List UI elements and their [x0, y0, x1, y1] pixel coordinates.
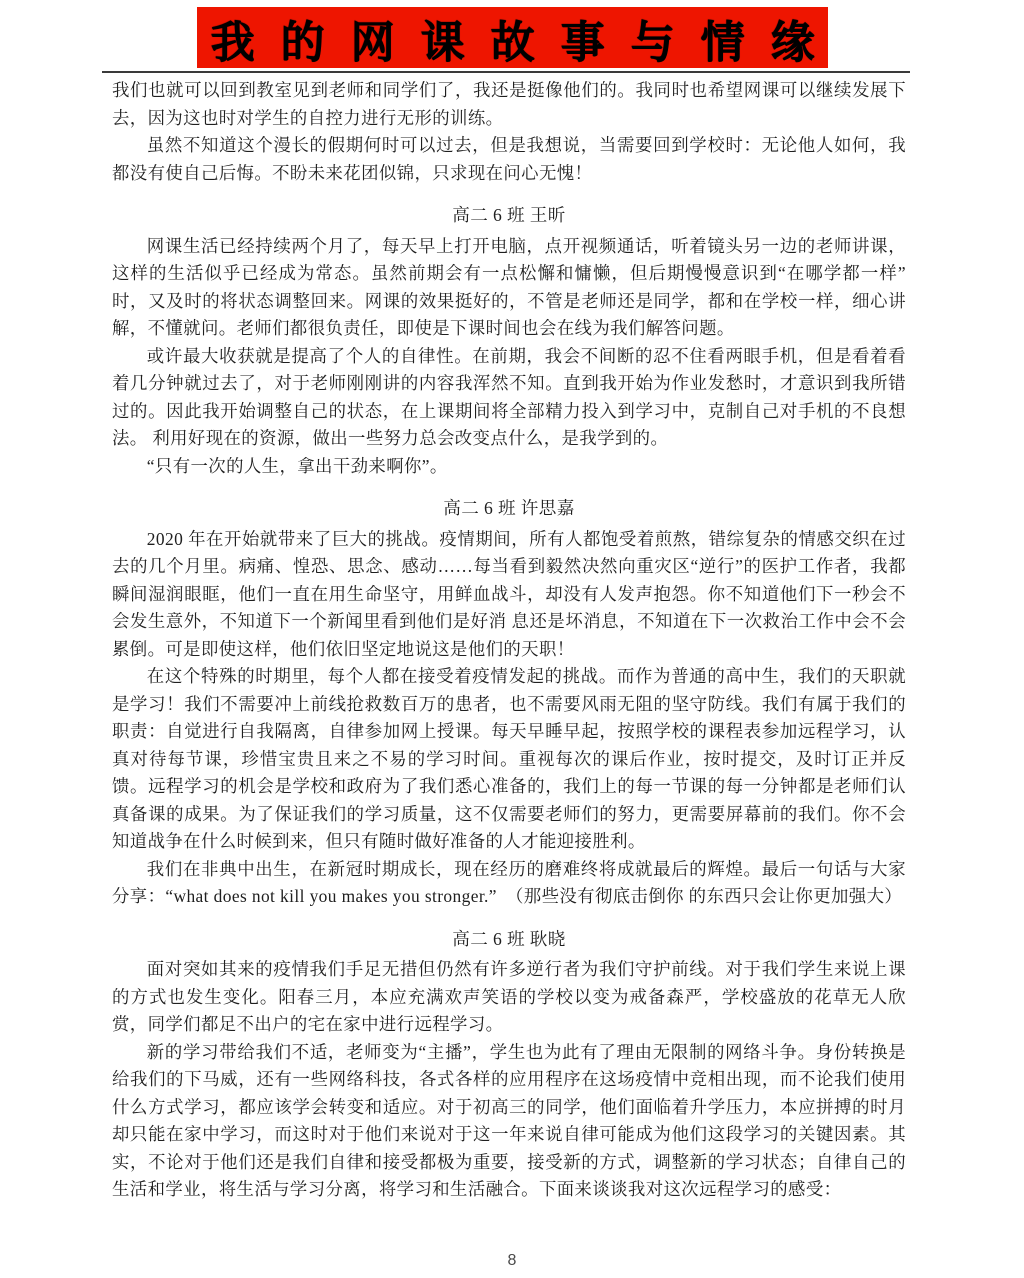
paragraph: “只有一次的人生，拿出干劲来啊你”。 [112, 453, 906, 481]
page-number: 8 [0, 1252, 1024, 1270]
paragraph: 或许最大收获就是提高了个人的自律性。在前期，我会不间断的忍不住看两眼手机，但是看… [112, 343, 906, 453]
paragraph: 2020 年在开始就带来了巨大的挑战。疫情期间，所有人都饱受着煎熬，错综复杂的情… [112, 526, 906, 664]
paragraph: 我们在非典中出生，在新冠时期成长，现在经历的磨难终将成就最后的辉煌。最后一句话与… [112, 856, 906, 911]
paragraph: 网课生活已经持续两个月了，每天早上打开电脑，点开视频通话，听着镜头另一边的老师讲… [112, 233, 906, 343]
paragraph: 新的学习带给我们不适，老师变为“主播”，学生也为此有了理由无限制的网络斗争。身份… [112, 1039, 906, 1204]
section-heading: 高二 6 班 许思嘉 [112, 495, 906, 523]
paragraph: 虽然不知道这个漫长的假期何时可以过去，但是我想说，当需要回到学校时：无论他人如何… [112, 132, 906, 187]
section-heading: 高二 6 班 耿晓 [112, 926, 906, 954]
paragraph: 面对突如其来的疫情我们手足无措但仍然有许多逆行者为我们守护前线。对于我们学生来说… [112, 956, 906, 1039]
section-heading: 高二 6 班 王昕 [112, 202, 906, 230]
document-body: 我们也就可以回到教室见到老师和同学们了，我还是挺像他们的。我同时也希望网课可以继… [112, 77, 906, 1204]
paragraph: 我们也就可以回到教室见到老师和同学们了，我还是挺像他们的。我同时也希望网课可以继… [112, 77, 906, 132]
document-page: 我的网课故事与情缘 我们也就可以回到教室见到老师和同学们了，我还是挺像他们的。我… [0, 0, 1024, 1278]
paragraph: 在这个特殊的时期里，每个人都在接受着疫情发起的挑战。而作为普通的高中生，我们的天… [112, 663, 906, 856]
page-title: 我的网课故事与情缘 [211, 6, 841, 70]
title-banner: 我的网课故事与情缘 [197, 7, 828, 68]
header-rule [102, 71, 910, 73]
